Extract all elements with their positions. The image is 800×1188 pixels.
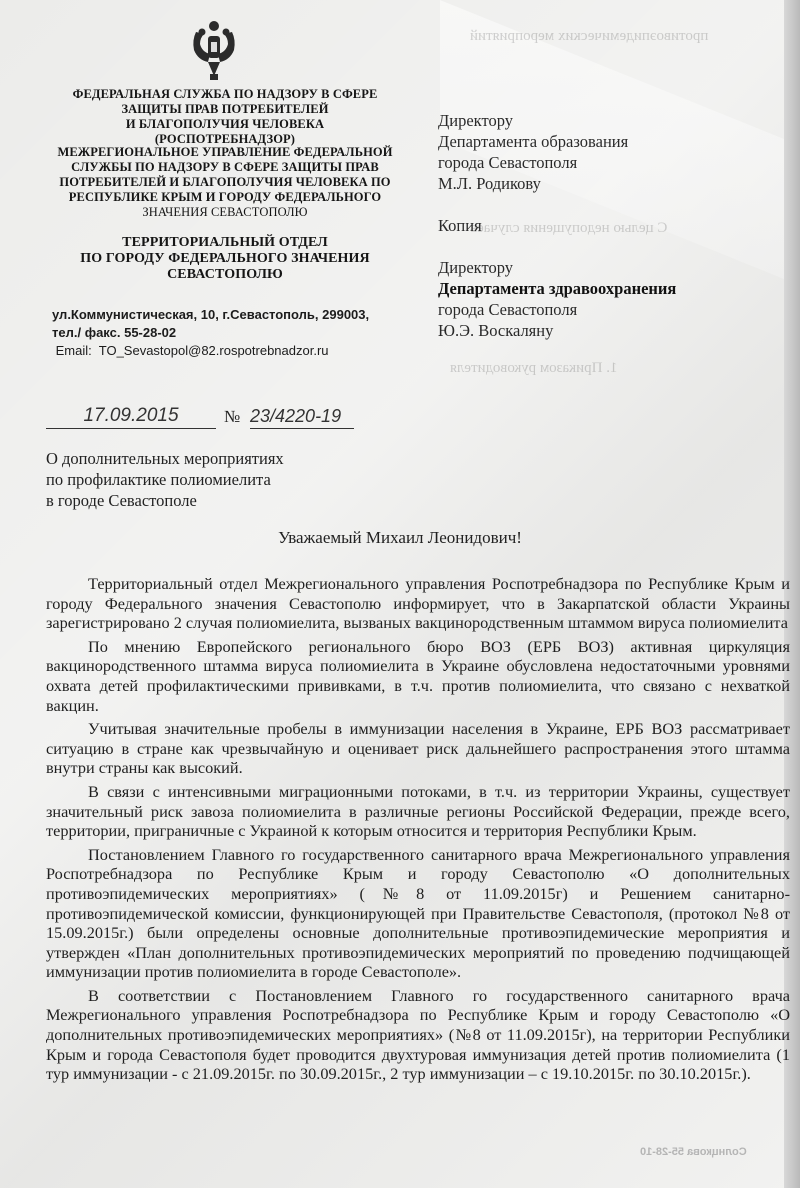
- recipient-line: Директору: [438, 257, 758, 278]
- document-page: противоэпидемических мероприятий С целью…: [0, 0, 800, 1188]
- agency-name: ФЕДЕРАЛЬНАЯ СЛУЖБА ПО НАДЗОРУ В СФЕРЕ ЗА…: [60, 87, 390, 147]
- bleed-through-text: 1. Приказом руководителя: [450, 360, 618, 377]
- regional-line: МЕЖРЕГИОНАЛЬНОЕ УПРАВЛЕНИЕ ФЕДЕРАЛЬНОЙ: [55, 145, 395, 160]
- greeting: Уважаемый Михаил Леонидович!: [0, 528, 800, 548]
- subject-line: О дополнительных мероприятиях: [46, 448, 376, 469]
- letter-body: Территориальный отдел Межрегионального у…: [46, 574, 790, 1088]
- letter-subject: О дополнительных мероприятиях по профила…: [46, 448, 376, 511]
- paragraph: По мнению Европейского регионального бюр…: [46, 637, 790, 715]
- department-line: ТЕРРИТОРИАЛЬНЫЙ ОТДЕЛ: [60, 235, 390, 251]
- sender-contacts: ул.Коммунистическая, 10, г.Севастополь, …: [52, 306, 392, 360]
- recipient-block: Директору Департамента образования город…: [438, 110, 758, 341]
- regional-line: ПОТРЕБИТЕЛЕЙ И БЛАГОПОЛУЧИЯ ЧЕЛОВЕКА ПО: [55, 175, 395, 190]
- paragraph: Постановлением Главного го государственн…: [46, 845, 790, 982]
- regional-line: РЕСПУБЛИКЕ КРЫМ И ГОРОДУ ФЕДЕРАЛЬНОГО: [55, 190, 395, 205]
- recipient-line: города Севастополя: [438, 152, 758, 173]
- bleed-through-text: противоэпидемических мероприятий: [470, 28, 708, 45]
- agency-line: ЗАЩИТЫ ПРАВ ПОТРЕБИТЕЛЕЙ: [60, 102, 390, 117]
- registration-number: 23/4220-19: [250, 404, 354, 429]
- bleed-through-stamp: Солнцкова 55-28-10: [640, 1146, 747, 1158]
- agency-line: И БЛАГОПОЛУЧИЯ ЧЕЛОВЕКА (РОСПОТРЕБНАДЗОР…: [60, 117, 390, 147]
- recipient-line: Директору: [438, 110, 758, 131]
- copy-label: Копия: [438, 215, 758, 236]
- registration-line: 17.09.2015 № 23/4220-19: [46, 404, 326, 432]
- registration-date: 17.09.2015: [46, 404, 216, 429]
- department-name: ТЕРРИТОРИАЛЬНЫЙ ОТДЕЛ ПО ГОРОДУ ФЕДЕРАЛЬ…: [60, 235, 390, 283]
- department-line: ПО ГОРОДУ ФЕДЕРАЛЬНОГО ЗНАЧЕНИЯ: [60, 251, 390, 267]
- subject-line: в городе Севастополе: [46, 490, 376, 511]
- subject-line: по профилактике полиомиелита: [46, 469, 376, 490]
- paragraph: Территориальный отдел Межрегионального у…: [46, 574, 790, 633]
- paragraph: В связи с интенсивными миграционными пот…: [46, 782, 790, 841]
- regional-line: СЛУЖБЫ ПО НАДЗОРУ В СФЕРЕ ЗАЩИТЫ ПРАВ: [55, 160, 395, 175]
- paragraph: В соответствии с Постановлением Главного…: [46, 986, 790, 1084]
- sender-email-row: Email: TO_Sevastopol@82.rospotrebnadzor.…: [52, 342, 392, 360]
- sender-email: TO_Sevastopol@82.rospotrebnadzor.ru: [99, 343, 329, 358]
- sender-phone: тел./ факс. 55-28-02: [52, 324, 392, 342]
- recipient-line: Департамента образования: [438, 131, 758, 152]
- department-line: СЕВАСТОПОЛЮ: [60, 267, 390, 283]
- sender-address: ул.Коммунистическая, 10, г.Севастополь, …: [52, 306, 392, 324]
- double-headed-eagle-emblem-icon: [188, 18, 240, 82]
- recipient-name: Ю.Э. Воскаляну: [438, 320, 758, 341]
- recipient-name: М.Л. Родикову: [438, 173, 758, 194]
- number-label: №: [224, 407, 240, 427]
- recipient-line: Департамента здравоохранения: [438, 278, 758, 299]
- regional-office-name: МЕЖРЕГИОНАЛЬНОЕ УПРАВЛЕНИЕ ФЕДЕРАЛЬНОЙ С…: [55, 145, 395, 220]
- regional-line: ЗНАЧЕНИЯ СЕВАСТОПОЛЮ: [55, 205, 395, 220]
- agency-line: ФЕДЕРАЛЬНАЯ СЛУЖБА ПО НАДЗОРУ В СФЕРЕ: [60, 87, 390, 102]
- paragraph: Учитывая значительные пробелы в иммуниза…: [46, 719, 790, 778]
- email-label: Email:: [56, 343, 92, 358]
- recipient-line: города Севастополя: [438, 299, 758, 320]
